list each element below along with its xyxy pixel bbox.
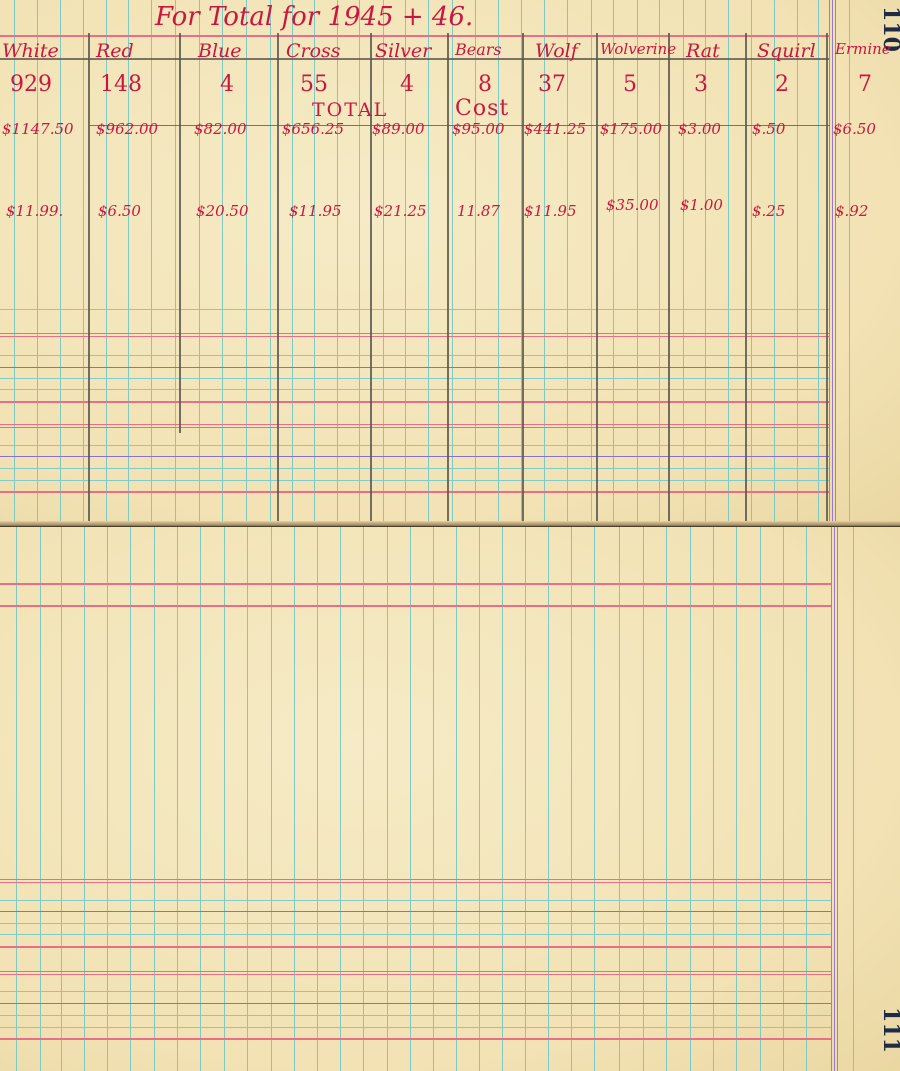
unit-price-rat: $1.00 [680,196,723,214]
rule-horizontal [0,355,829,356]
margin-rule [834,527,835,1071]
rule-vertical [410,527,411,1071]
rule-vertical [479,527,480,1071]
rule-horizontal [0,389,829,390]
rule-vertical [728,0,729,527]
column-header-wolf: Wolf [535,40,578,62]
rule-vertical [797,0,798,527]
ledger-title: For Total for 1945 + 46. [155,2,473,32]
rule-vertical [643,527,644,1071]
quantity-ermine: 7 [858,72,872,97]
rule-horizontal [0,445,829,446]
total-cost-wolf: $441.25 [524,120,586,138]
unit-price-white: $11.99. [6,202,63,220]
quantity-wolf: 37 [538,72,566,97]
cost-label: Cost [455,96,509,121]
rule-vertical [736,527,737,1071]
column-header-white: White [2,40,59,62]
unit-price-squirl: $.25 [752,202,785,220]
column-header-rat: Rat [686,40,720,62]
column-header-blue: Blue [198,40,242,62]
rule-vertical [760,527,761,1071]
rule-vertical [498,0,499,527]
rule-vertical [613,0,614,527]
total-cost-wolverine: $175.00 [600,120,662,138]
rule-vertical [177,527,178,1071]
total-cost-red: $962.00 [96,120,158,138]
total-cost-squirl: $.50 [752,120,785,138]
column-header-ermine: Ermine [835,40,891,58]
rule-vertical [428,0,429,527]
rule-vertical [247,527,248,1071]
unit-price-bears: 11.87 [457,202,500,220]
unit-price-ermine: $.92 [835,202,868,220]
page-number-bottom: 111 [878,1007,900,1053]
rule-horizontal [0,35,829,37]
total-cost-blue: $82.00 [194,120,247,138]
rule-horizontal [0,879,831,880]
rule-vertical [83,0,84,527]
rule-horizontal [0,309,829,310]
rule-vertical [853,527,854,1071]
quantity-wolverine: 5 [623,72,637,97]
rule-vertical [337,0,338,527]
rule-vertical [690,527,691,1071]
column-header-bears: Bears [455,40,502,59]
rule-horizontal [0,1027,831,1028]
rule-vertical [363,527,364,1071]
column-header-cross: Cross [286,40,341,62]
rule-vertical [107,527,108,1071]
rule-horizontal [0,1015,831,1016]
rule-vertical [61,527,62,1071]
rule-horizontal [0,1038,831,1040]
rule-vertical [548,527,549,1071]
rule-vertical [294,527,295,1071]
column-header-red: Red [96,40,134,62]
unit-price-red: $6.50 [98,202,141,220]
rule-vertical [666,527,667,1071]
rule-horizontal [0,367,829,368]
pencil-column-divider [596,33,598,521]
rule-vertical [751,0,752,527]
rule-vertical [659,0,660,527]
rule-vertical [292,0,293,527]
margin-rule [831,527,832,1071]
rule-vertical [591,0,592,527]
rule-vertical [359,0,360,527]
margin-rule [832,0,833,527]
rule-vertical [271,527,272,1071]
rule-vertical [383,0,384,527]
total-label: TOTAL [312,99,388,121]
rule-vertical [571,527,572,1071]
unit-price-blue: $20.50 [196,202,249,220]
rule-vertical [849,0,850,527]
rule-horizontal [0,946,831,948]
rule-horizontal [0,991,831,992]
column-header-squirl: Squirl [757,40,816,62]
rule-vertical [452,0,453,527]
rule-vertical [317,527,318,1071]
rule-horizontal [0,583,831,585]
quantity-red: 148 [100,72,142,97]
rule-vertical [683,0,684,527]
rule-vertical [199,0,200,527]
rule-horizontal [0,971,831,972]
unit-price-wolverine: $35.00 [606,196,659,214]
rule-vertical [154,527,155,1071]
rule-vertical [433,527,434,1071]
rule-vertical [16,527,17,1071]
rule-horizontal [0,923,831,924]
rule-horizontal [0,378,829,379]
rule-vertical [246,0,247,527]
quantity-rat: 3 [694,72,708,97]
quantity-cross: 55 [300,72,328,97]
rule-vertical [84,527,85,1071]
rule-vertical [502,527,503,1071]
rule-vertical [637,0,638,527]
rule-vertical [594,527,595,1071]
rule-vertical [40,527,41,1071]
pencil-column-divider [522,33,524,521]
column-header-silver: Silver [375,40,431,62]
pencil-column-divider [277,33,279,521]
ledger-page-111: 111 [0,527,900,1071]
pencil-column-divider [88,33,90,521]
total-cost-rat: $3.00 [678,120,721,138]
rule-vertical [224,527,225,1071]
rule-vertical [619,527,620,1071]
rule-horizontal [0,424,829,425]
rule-vertical [818,0,819,527]
pencil-column-divider [826,33,828,521]
rule-horizontal [0,1003,831,1004]
quantity-blue: 4 [220,72,234,97]
unit-price-wolf: $11.95 [524,202,577,220]
rule-horizontal [0,934,831,935]
rule-vertical [175,0,176,527]
rule-horizontal [0,468,829,469]
rule-vertical [151,0,152,527]
unit-price-cross: $11.95 [289,202,342,220]
margin-rule [829,0,830,527]
rule-horizontal [0,480,829,481]
rule-horizontal [0,911,831,912]
rule-vertical [806,527,807,1071]
rule-vertical [567,0,568,527]
pencil-column-divider [447,33,449,521]
rule-vertical [475,0,476,527]
rule-vertical [525,527,526,1071]
rule-vertical [783,527,784,1071]
rule-horizontal [0,333,829,334]
margin-rule [835,0,836,527]
rule-horizontal [0,900,831,901]
total-cost-bears: $95.00 [452,120,505,138]
rule-vertical [713,527,714,1071]
margin-rule [837,527,838,1071]
rule-vertical [340,527,341,1071]
total-cost-white: $1147.50 [2,120,74,138]
column-header-wolverine: Wolverine [600,40,676,58]
pencil-column-divider [668,33,670,521]
rule-vertical [200,527,201,1071]
rule-vertical [60,0,61,527]
rule-horizontal [0,456,829,457]
total-cost-cross: $656.25 [282,120,344,138]
unit-price-silver: $21.25 [374,202,427,220]
rule-vertical [456,527,457,1071]
quantity-white: 929 [10,72,52,97]
rule-horizontal [0,605,831,607]
pencil-column-divider [179,33,181,433]
total-cost-silver: $89.00 [372,120,425,138]
rule-horizontal [0,401,829,403]
total-cost-ermine: $6.50 [833,120,876,138]
quantity-silver: 4 [400,72,414,97]
quantity-squirl: 2 [775,72,789,97]
rule-vertical [387,527,388,1071]
pencil-column-divider [745,33,747,521]
rule-vertical [270,0,271,527]
rule-vertical [130,527,131,1071]
quantity-bears: 8 [478,72,492,97]
rule-horizontal [0,491,829,493]
ledger-page-110: For Total for 1945 + 46. 110 White Red B… [0,0,900,527]
